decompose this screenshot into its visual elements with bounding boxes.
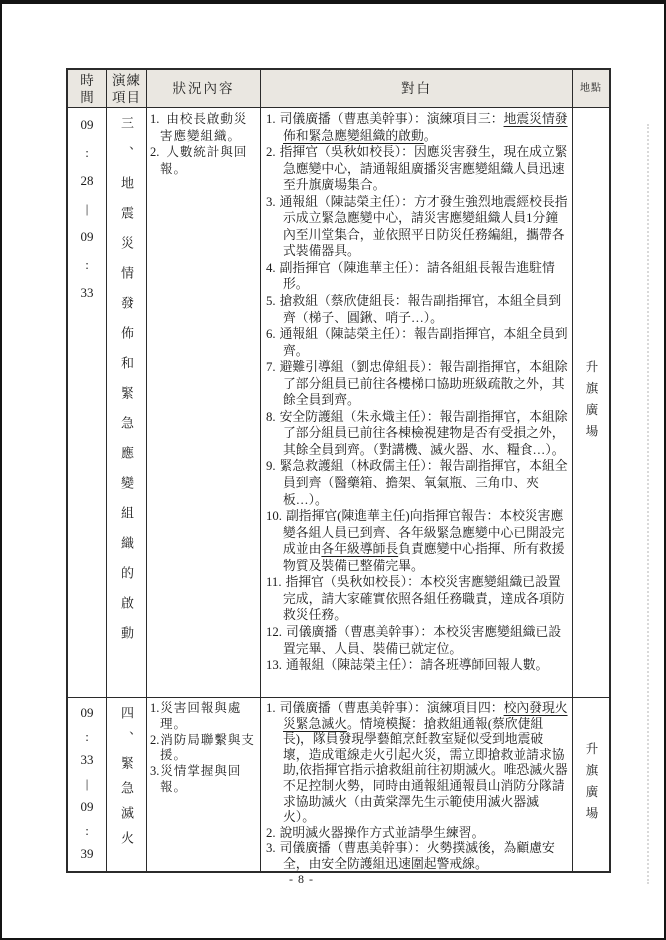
dialogue-item: 4.副指揮官（陳進華主任）：請各組組長報告進駐情形。 — [266, 260, 568, 293]
location-text: 升旗廣場 — [582, 742, 600, 828]
situation-item: 2.消防局聯繫與支援。 — [150, 733, 259, 765]
time-line: 33 — [68, 748, 106, 772]
dialogue-item: 11.指揮官（吳秋如校長）：本校災害應變組織已設置完成，請大家確實依照各組任務職… — [266, 574, 568, 624]
header-time-label: 時間 — [80, 72, 95, 106]
dialogue-item: 3.司儀廣播（曹惠美幹事）：火勢撲滅後，為顧慮安全，由安全防護組迅速圍起警戒線。 — [266, 841, 568, 871]
page-number: - 8 - — [289, 872, 314, 887]
dialogue-item: 1.司儀廣播（曹惠美幹事）：演練項目四：校內發現火災緊急滅火。情境模擬：搶救組通… — [266, 701, 568, 826]
time-cell: 09:28|09:33 — [68, 108, 107, 697]
dialogue-number: 1. — [266, 112, 276, 126]
header-drill-item-label: 演練項目 — [112, 72, 141, 106]
dialogue-number: 13. — [266, 658, 282, 672]
situation-item: 1.災害回報與處理。 — [150, 701, 259, 733]
dialogue-number: 6. — [266, 327, 276, 341]
time-line: 39 — [68, 842, 106, 866]
dialogue-item: 9.緊急救護組（林政儒主任）：報告副指揮官，本組全員到齊（醫藥箱、擔架、氧氣瓶、… — [266, 458, 568, 508]
dialogue-text: 副指揮官（陳進華主任）：請各組組長報告進駐情形。 — [280, 261, 555, 292]
underlined-phrase: 各年級導師長 — [321, 542, 398, 556]
header-dialogue-label: 對白 — [401, 81, 432, 97]
dialogue-cell: 1.司儀廣播（曹惠美幹事）：演練項目三：地震災情發佈和緊急應變組織的啟動。2.指… — [261, 108, 573, 697]
dialogue-text: 。 — [424, 129, 437, 143]
dialogue-item: 2.說明滅火器操作方式並請學生練習。 — [266, 826, 568, 842]
dialogue-item: 8.安全防護組（朱永熾主任）：報告副指揮官，本組除了部分組員已前往各棟檢視建物是… — [266, 409, 568, 459]
dialogue-item: 10.副指揮官(陳進華主任)向指揮官報告：本校災害應變各組人員已到齊、各年級緊急… — [266, 508, 568, 574]
time-line: | — [68, 195, 106, 223]
dialogue-text: 避難引導組（劉忠偉組長）：報告副指揮官，本組除了部分組員已前往各樓梯口協助班級疏… — [280, 360, 568, 407]
dialogue-number: 10. — [266, 509, 282, 523]
dialogue-item: 6.通報組（陳誌榮主任）：報告副指揮官，本組全員到齊。 — [266, 326, 568, 359]
situation-text: 由校長啟動災害應變組織。 — [160, 112, 247, 143]
situation-item: 3.災情掌握與回報。 — [150, 764, 259, 796]
time-line: 33 — [68, 279, 106, 307]
dialogue-number: 1. — [266, 701, 276, 715]
header-situation: 狀況內容 — [147, 70, 261, 107]
dialogue-text: 通報組（陳誌榮主任）：請各班導師回報人數。 — [286, 658, 548, 672]
time-cell: 09:33|09:39 — [68, 698, 107, 871]
header-dialogue: 對白 — [261, 70, 573, 107]
drill-item-cell: 四、緊急滅火 — [107, 698, 147, 871]
time-line: | — [68, 772, 106, 796]
dialogue-text: 緊急救護組（林政儒主任）：報告副指揮官，本組全員到齊（醫藥箱、擔架、氧氣瓶、三角… — [280, 459, 568, 506]
dialogue-number: 11. — [266, 575, 282, 589]
dialogue-text: 司儀廣播（曹惠美幹事）：本校災害應變組織已設置完畢、人員、裝備已就定位。 — [283, 625, 561, 656]
dialogue-number: 3. — [266, 195, 276, 209]
dialogue-text: 通報組（陳誌榮主任）：報告副指揮官，本組全員到齊。 — [280, 327, 568, 358]
situation-number: 1. — [150, 112, 159, 126]
dialogue-text: 指揮官（吳秋如校長）：本校災害應變組織已設置完成，請大家確實依照各組任務職責，達… — [283, 575, 565, 622]
header-drill-item: 演練項目 — [107, 70, 147, 107]
header-time: 時間 — [68, 70, 107, 107]
document-page: 時間 演練項目 狀況內容 對白 地點 09:28|09:33三、地震災情發佈和緊… — [0, 0, 666, 940]
dialogue-text: 。情境模擬：搶救組通報(蔡欣倢組長)，隊員發現學藝館烹飪教室疑似受到地震破壞，造… — [283, 717, 568, 825]
location-cell: 升旗廣場 — [573, 108, 609, 697]
dialogue-number: 8. — [266, 410, 276, 424]
drill-item-text: 三、地震災情發佈和緊急應變組織的啟動 — [117, 116, 136, 697]
drill-schedule-table: 時間 演練項目 狀況內容 對白 地點 09:28|09:33三、地震災情發佈和緊… — [66, 68, 611, 873]
dialogue-text: 司儀廣播（曹惠美幹事）：演練項目四： — [280, 701, 504, 715]
situation-text: 消防局聯繫與支援。 — [160, 733, 255, 763]
time-line: 28 — [68, 167, 106, 195]
dialogue-item: 7.避難引導組（劉忠偉組長）：報告副指揮官，本組除了部分組員已前往各樓梯口協助班… — [266, 359, 568, 409]
time-line: 09 — [68, 701, 106, 725]
dialogue-number: 2. — [266, 145, 276, 159]
situation-text: 災害回報與處理。 — [160, 701, 241, 731]
drill-item-text: 四、緊急滅火 — [117, 706, 136, 871]
situation-cell: 1.由校長啟動災害應變組織。2.人數統計與回報。 — [147, 108, 261, 697]
situation-text: 災情掌握與回報。 — [160, 764, 241, 794]
dialogue-number: 4. — [266, 261, 276, 275]
situation-item: 2.人數統計與回報。 — [150, 144, 259, 177]
time-line: 09 — [68, 111, 106, 139]
dialogue-cell: 1.司儀廣播（曹惠美幹事）：演練項目四：校內發現火災緊急滅火。情境模擬：搶救組通… — [261, 698, 573, 871]
dialogue-number: 5. — [266, 294, 276, 308]
time-line: : — [68, 725, 106, 749]
scan-artifact-line — [647, 124, 649, 884]
situation-number: 3. — [150, 764, 159, 778]
table-body: 09:28|09:33三、地震災情發佈和緊急應變組織的啟動1.由校長啟動災害應變… — [68, 107, 609, 871]
drill-item-cell: 三、地震災情發佈和緊急應變組織的啟動 — [107, 108, 147, 697]
dialogue-text: 安全防護組（朱永熾主任）：報告副指揮官，本組除了部分組員已前往各棟檢視建物是否有… — [280, 410, 568, 457]
situation-cell: 1.災害回報與處理。2.消防局聯繫與支援。3.災情掌握與回報。 — [147, 698, 261, 871]
dialogue-item: 5.搶救組（蔡欣倢組長：報告副指揮官，本組全員到齊（梯子、圓鍬、哨子…）。 — [266, 293, 568, 326]
location-cell: 升旗廣場 — [573, 698, 609, 871]
time-line: : — [68, 819, 106, 843]
location-text: 升旗廣場 — [582, 360, 600, 446]
time-line: 09 — [68, 795, 106, 819]
dialogue-text: 指揮官（吳秋如校長）：因應災害發生，現在成立緊急應變中心，請通報組廣播災害應變組… — [280, 145, 568, 192]
dialogue-text: 說明滅火器操作方式並請學生練習。 — [280, 826, 485, 840]
dialogue-number: 2. — [266, 826, 276, 840]
situation-number: 2. — [150, 733, 159, 747]
time-line: : — [68, 251, 106, 279]
dialogue-item: 12.司儀廣播（曹惠美幹事）：本校災害應變組織已設置完畢、人員、裝備已就定位。 — [266, 624, 568, 657]
time-line: 09 — [68, 223, 106, 251]
table-header-row: 時間 演練項目 狀況內容 對白 地點 — [68, 70, 609, 107]
situation-item: 1.由校長啟動災害應變組織。 — [150, 111, 259, 144]
time-line: : — [68, 139, 106, 167]
table-row: 09:33|09:39四、緊急滅火1.災害回報與處理。2.消防局聯繫與支援。3.… — [68, 697, 609, 871]
header-location-label: 地點 — [580, 81, 602, 97]
dialogue-item: 3.通報組（陳誌榮主任）：方才發生強烈地震經校長指示成立緊急應變中心，請災害應變… — [266, 194, 568, 260]
dialogue-item: 1.司儀廣播（曹惠美幹事）：演練項目三：地震災情發佈和緊急應變組織的啟動。 — [266, 111, 568, 144]
dialogue-text: 通報組（陳誌榮主任）：方才發生強烈地震經校長指示成立緊急應變中心，請災害應變組織… — [280, 195, 568, 259]
dialogue-number: 12. — [266, 625, 282, 639]
dialogue-number: 9. — [266, 459, 276, 473]
dialogue-text: 司儀廣播（曹惠美幹事）：火勢撲滅後，為顧慮安全，由安全防護組迅速圍起警戒線。 — [280, 841, 555, 871]
header-location: 地點 — [573, 70, 609, 107]
dialogue-item: 2.指揮官（吳秋如校長）：因應災害發生，現在成立緊急應變中心，請通報組廣播災害應… — [266, 144, 568, 194]
situation-number: 1. — [150, 701, 159, 715]
situation-number: 2. — [150, 145, 159, 159]
table-row: 09:28|09:33三、地震災情發佈和緊急應變組織的啟動1.由校長啟動災害應變… — [68, 107, 609, 697]
dialogue-text: 搶救組（蔡欣倢組長：報告副指揮官，本組全員到齊（梯子、圓鍬、哨子…）。 — [280, 294, 562, 325]
header-situation-label: 狀況內容 — [173, 81, 235, 97]
situation-text: 人數統計與回報。 — [160, 145, 247, 176]
dialogue-item: 13.通報組（陳誌榮主任）：請各班導師回報人數。 — [266, 657, 568, 674]
dialogue-number: 3. — [266, 841, 276, 855]
dialogue-number: 7. — [266, 360, 276, 374]
dialogue-text: 司儀廣播（曹惠美幹事）：演練項目三： — [280, 112, 504, 126]
